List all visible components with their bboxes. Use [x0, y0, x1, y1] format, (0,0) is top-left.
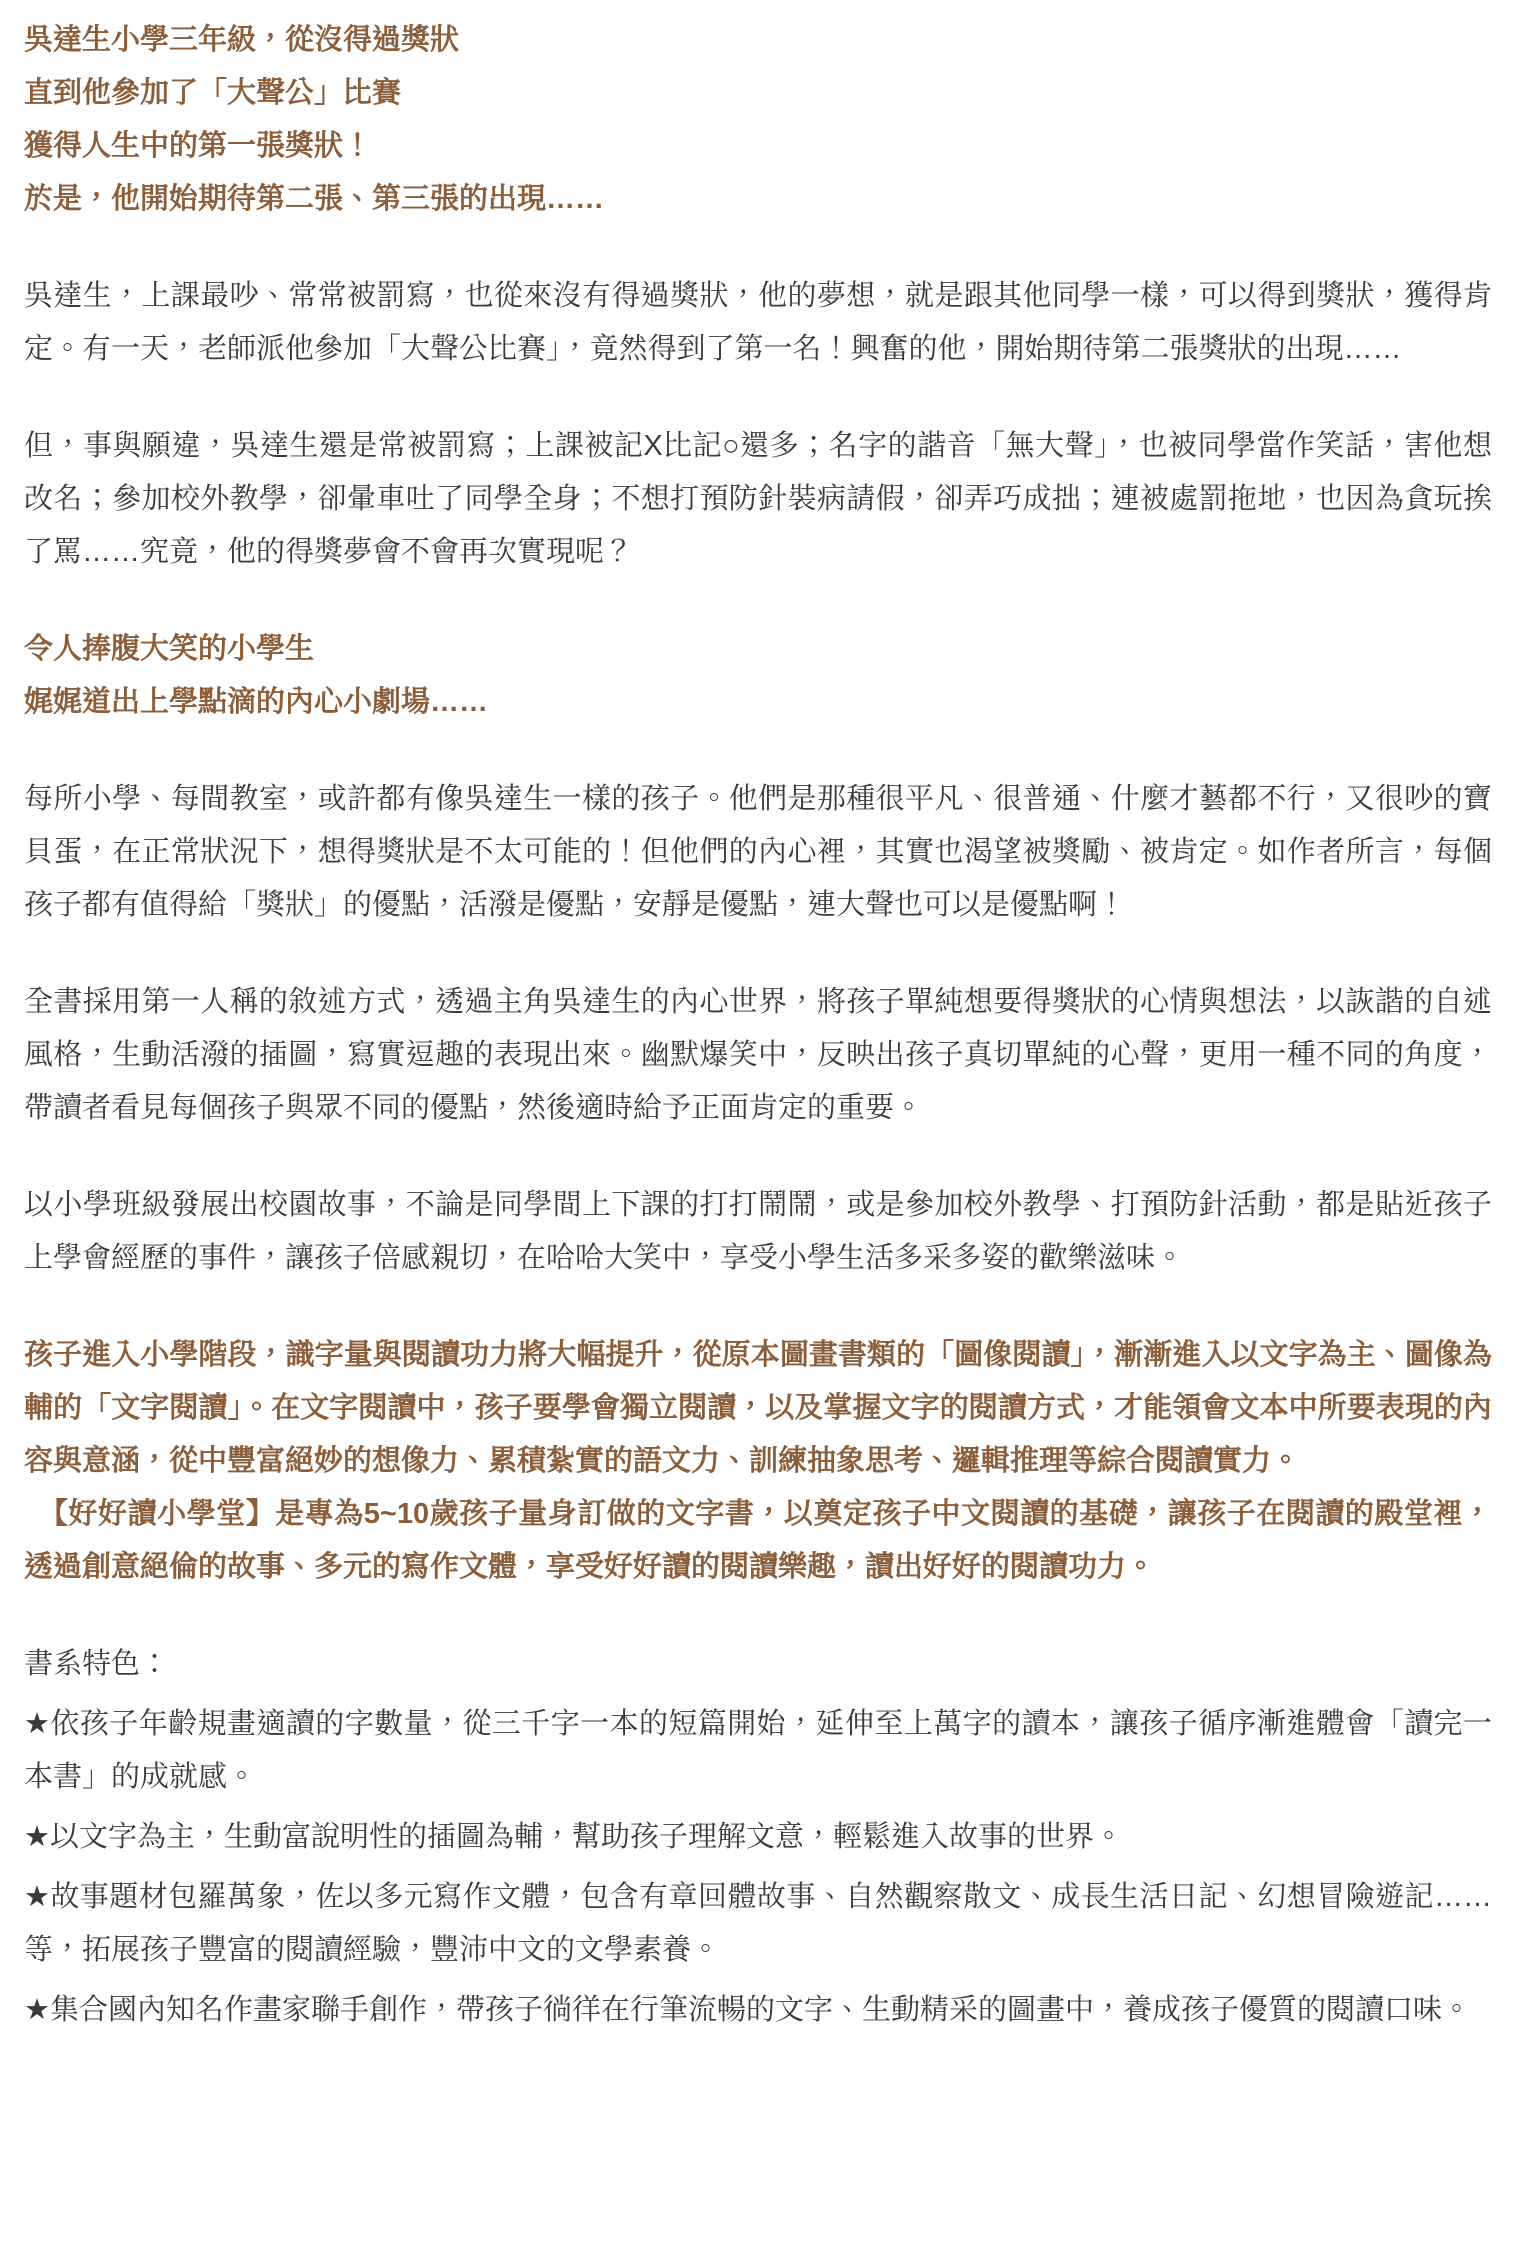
series-intro: 孩子進入小學階段，識字量與閱讀功力將大幅提升，從原本圖畫書類的「圖像閱讀」，漸漸…: [24, 1329, 1492, 1594]
subheading-line-1: 令人捧腹大笑的小學生: [24, 633, 314, 665]
book-description-page: 吳達生小學三年級，從沒得過獎狀 直到他參加了「大聲公」比賽 獲得人生中的第一張獎…: [0, 0, 1516, 2250]
series-feature-item-2: ★以文字為主，生動富說明性的插圖為輔，幫助孩子理解文意，輕鬆進入故事的世界。: [24, 1811, 1492, 1864]
series-feature-item-4: ★集合國內知名作畫家聯手創作，帶孩子徜徉在行筆流暢的文字、生動精采的圖畫中，養成…: [24, 1984, 1492, 2037]
series-feature-item-1: ★依孩子年齡規畫適讀的字數量，從三千字一本的短篇開始，延伸至上萬字的讀本，讓孩子…: [24, 1698, 1492, 1804]
series-feature-item-3: ★故事題材包羅萬象，佐以多元寫作文體，包含有章回體故事、自然觀察散文、成長生活日…: [24, 1871, 1492, 1977]
review-paragraph-1: 每所小學、每間教室，或許都有像吳達生一樣的孩子。他們是那種很平凡、很普通、什麼才…: [24, 773, 1492, 932]
intro-tagline-line-4: 於是，他開始期待第二張、第三張的出現……: [24, 183, 604, 215]
intro-tagline-line-3: 獲得人生中的第一張獎狀！: [24, 130, 372, 162]
series-features-heading: 書系特色：: [24, 1638, 1492, 1691]
review-paragraph-2: 全書採用第一人稱的敘述方式，透過主角吳達生的內心世界，將孩子單純想要得獎狀的心情…: [24, 976, 1492, 1135]
section-subheading: 令人捧腹大笑的小學生 娓娓道出上學點滴的內心小劇場……: [24, 623, 1492, 729]
intro-tagline: 吳達生小學三年級，從沒得過獎狀 直到他參加了「大聲公」比賽 獲得人生中的第一張獎…: [24, 14, 1492, 226]
story-paragraph-1: 吳達生，上課最吵、常常被罰寫，也從來沒有得過獎狀，他的夢想，就是跟其他同學一樣，…: [24, 270, 1492, 376]
intro-tagline-line-2: 直到他參加了「大聲公」比賽: [24, 77, 401, 109]
series-features-list: ★依孩子年齡規畫適讀的字數量，從三千字一本的短篇開始，延伸至上萬字的讀本，讓孩子…: [24, 1698, 1492, 2037]
intro-tagline-line-1: 吳達生小學三年級，從沒得過獎狀: [24, 24, 459, 56]
review-paragraph-3: 以小學班級發展出校園故事，不論是同學間上下課的打打鬧鬧，或是參加校外教學、打預防…: [24, 1179, 1492, 1285]
series-reading-intro: 孩子進入小學階段，識字量與閱讀功力將大幅提升，從原本圖畫書類的「圖像閱讀」，漸漸…: [24, 1339, 1492, 1477]
subheading-line-2: 娓娓道出上學點滴的內心小劇場……: [24, 686, 488, 718]
story-paragraph-2: 但，事與願違，吳達生還是常被罰寫；上課被記X比記○還多；名字的諧音「無大聲」，也…: [24, 420, 1492, 579]
series-brand-intro: 【好好讀小學堂】是專為5~10歲孩子量身訂做的文字書，以奠定孩子中文閱讀的基礎，…: [24, 1498, 1492, 1583]
